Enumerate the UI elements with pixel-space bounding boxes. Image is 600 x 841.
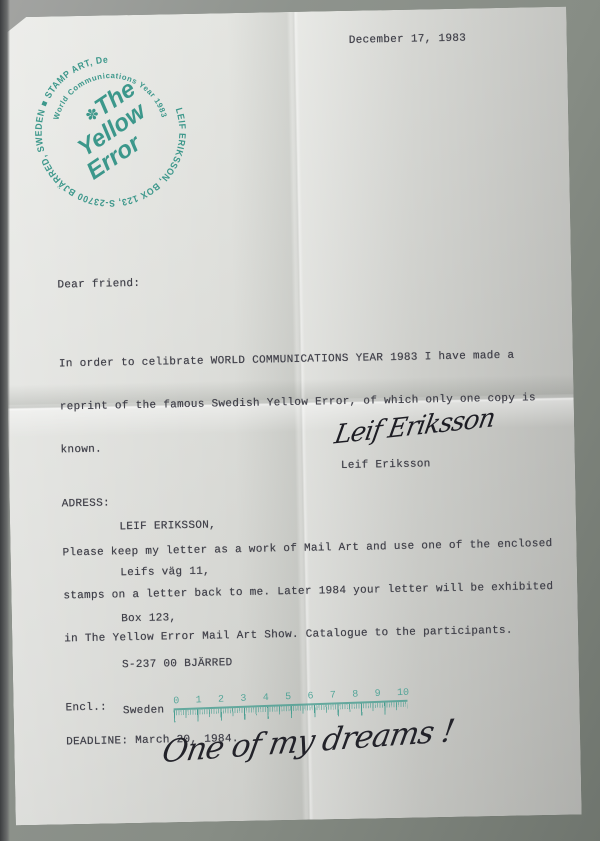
enclosure-label: Encl.: [65,702,107,715]
letter-paper: December 17, 1983 LEIF ERIKSSON, BOX 123… [0,7,581,826]
paragraph-line: known. [60,432,550,460]
ruler-number: 0 [173,696,179,707]
ruler-number: 5 [285,692,291,703]
ruler-number: 8 [352,690,358,701]
photo-background: December 17, 1983 LEIF ERIKSSON, BOX 123… [0,0,600,841]
paragraph-line: In order to celibrate WORLD COMMUNICATIO… [59,346,549,374]
ruler-number: 7 [330,690,336,701]
address-line: LEIF ERIKSSON, [119,514,230,538]
address-line: Leifs väg 11, [120,560,231,584]
ruler-number: 2 [218,695,224,706]
salutation: Dear friend: [57,267,547,295]
ruler-number: 9 [375,689,381,700]
ruler-number: 4 [263,693,269,704]
ruler-number: 6 [307,691,313,702]
paragraph-1: In order to celibrate WORLD COMMUNICATIO… [58,322,551,484]
ruler-number: 3 [240,694,246,705]
ruler-number: 1 [196,695,202,706]
address-line: S-237 00 BJÄRRED [122,652,233,676]
letter-date: December 17, 1983 [349,33,467,47]
ruler-number: 10 [397,688,409,699]
signature-typed: Leif Eriksson [341,458,431,472]
yellow-error-rubber-stamp: LEIF ERIKSSON, BOX 123, S-23700 BJÄRRED,… [23,44,198,219]
address-line: Box 123, [121,606,232,630]
